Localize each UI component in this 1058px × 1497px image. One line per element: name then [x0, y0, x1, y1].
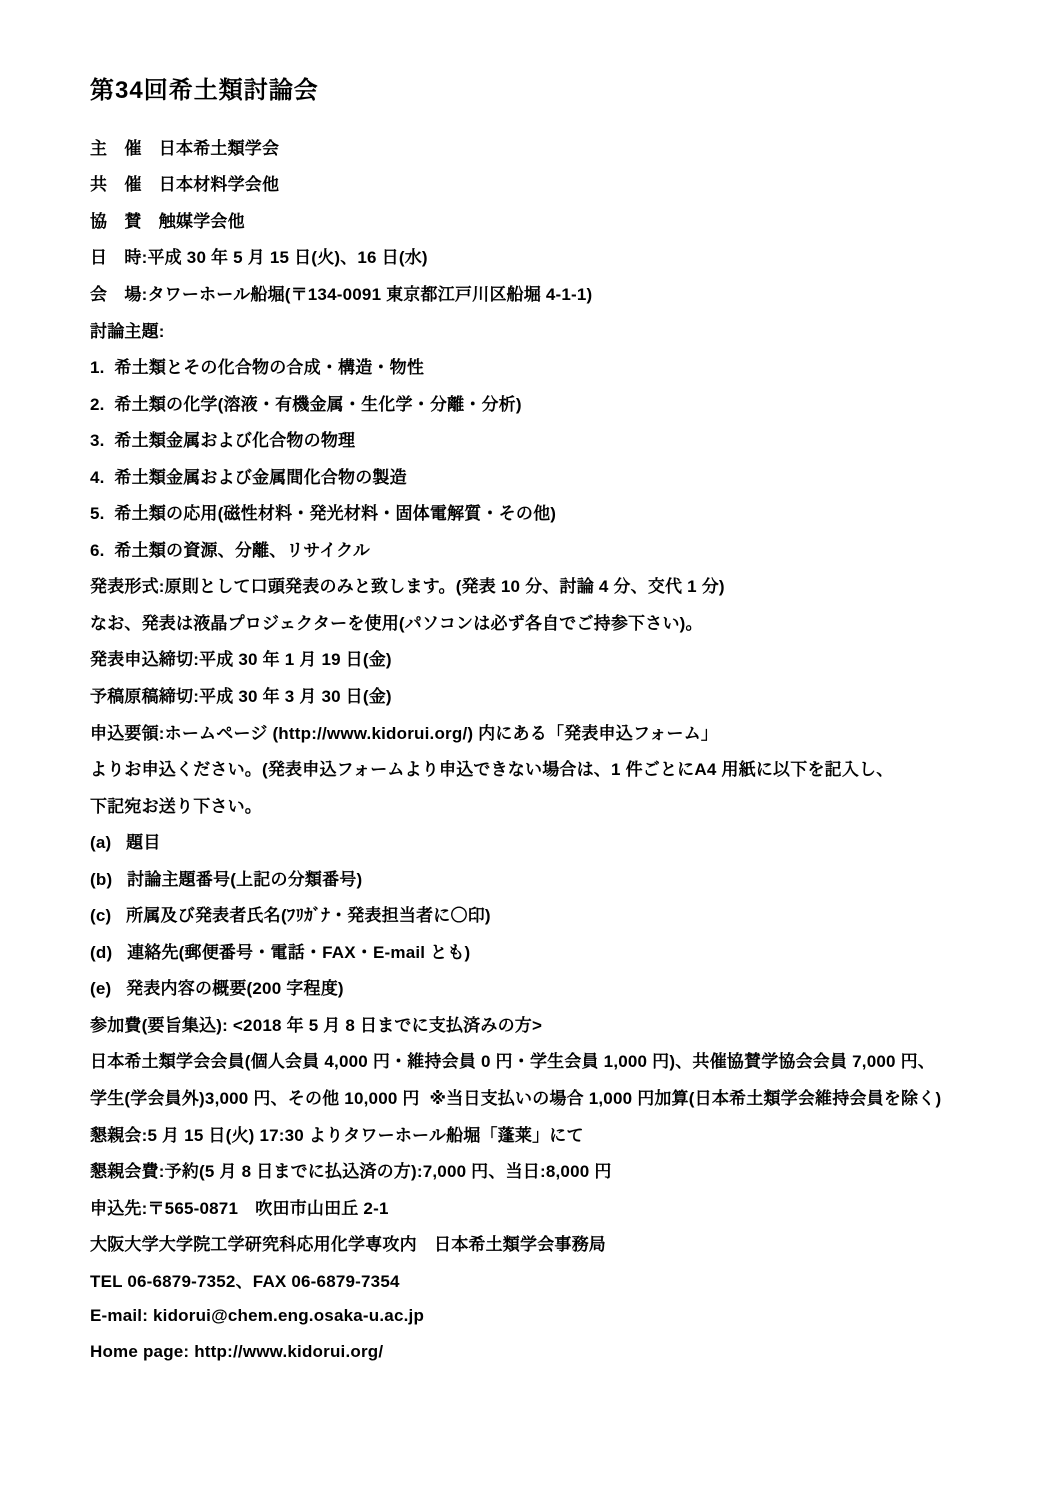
document-line: 発表形式:原則として口頭発表のみと致します。(発表 10 分、討論 4 分、交代…: [90, 567, 1034, 604]
document-line: 予稿原稿締切:平成 30 年 3 月 30 日(金): [90, 676, 1034, 713]
document-lines: 主 催 日本希土類学会共 催 日本材料学会他協 賛 触媒学会他日 時:平成 30…: [90, 128, 1034, 1371]
document-line: 4. 希土類金属および金属間化合物の製造: [90, 457, 1034, 494]
document-title: 第34回希土類討論会: [90, 76, 1034, 106]
document-line: 5. 希土類の応用(磁性材料・発光材料・固体電解質・その他): [90, 493, 1034, 530]
document-line: 主 催 日本希土類学会: [90, 128, 1034, 165]
document-line: 協 賛 触媒学会他: [90, 201, 1034, 238]
document-line: なお、発表は液晶プロジェクターを使用(パソコンは必ず各自でご持参下さい)。: [90, 603, 1034, 640]
document-line: 2. 希土類の化学(溶液・有機金属・生化学・分離・分析): [90, 384, 1034, 421]
document-line: 共 催 日本材料学会他: [90, 165, 1034, 202]
document-line: 大阪大学大学院工学研究科応用化学専攻内 日本希土類学会事務局: [90, 1224, 1034, 1261]
document-line: Home page: http://www.kidorui.org/: [90, 1334, 1034, 1371]
document-line: (b) 討論主題番号(上記の分類番号): [90, 859, 1034, 896]
document-line: 学生(学会員外)3,000 円、その他 10,000 円 ※当日支払いの場合 1…: [90, 1078, 1034, 1115]
document-line: 懇親会:5 月 15 日(火) 17:30 よりタワーホール船堀「蓬莱」にて: [90, 1115, 1034, 1152]
document-line: (e) 発表内容の概要(200 字程度): [90, 969, 1034, 1006]
document-line: 6. 希土類の資源、分離、リサイクル: [90, 530, 1034, 567]
document-line: 日 時:平成 30 年 5 月 15 日(火)、16 日(水): [90, 238, 1034, 275]
document-line: (a) 題目: [90, 822, 1034, 859]
document-line: よりお申込ください。(発表申込フォームより申込できない場合は、1 件ごとにA4 …: [90, 749, 1034, 786]
document-line: 討論主題:: [90, 311, 1034, 348]
document-line: 申込先:〒565-0871 吹田市山田丘 2-1: [90, 1188, 1034, 1225]
document-line: 発表申込締切:平成 30 年 1 月 19 日(金): [90, 640, 1034, 677]
document-line: TEL 06-6879-7352、FAX 06-6879-7354: [90, 1261, 1034, 1298]
document-line: E-mail: kidorui@chem.eng.osaka-u.ac.jp: [90, 1298, 1034, 1335]
document-line: 下記宛お送り下さい。: [90, 786, 1034, 823]
document-line: 3. 希土類金属および化合物の物理: [90, 420, 1034, 457]
document-line: (c) 所属及び発表者氏名(ﾌﾘｶﾞﾅ・発表担当者に〇印): [90, 895, 1034, 932]
document-line: 懇親会費:予約(5 月 8 日までに払込済の方):7,000 円、当日:8,00…: [90, 1151, 1034, 1188]
document-page: 第34回希土類討論会 主 催 日本希土類学会共 催 日本材料学会他協 賛 触媒学…: [0, 0, 1058, 1497]
document-line: 1. 希土類とその化合物の合成・構造・物性: [90, 347, 1034, 384]
document-line: 申込要領:ホームページ (http://www.kidorui.org/) 内に…: [90, 713, 1034, 750]
document-line: 日本希土類学会会員(個人会員 4,000 円・維持会員 0 円・学生会員 1,0…: [90, 1042, 1034, 1079]
document-line: 参加費(要旨集込): <2018 年 5 月 8 日までに支払済みの方>: [90, 1005, 1034, 1042]
document-line: (d) 連絡先(郵便番号・電話・FAX・E-mail とも): [90, 932, 1034, 969]
document-line: 会 場:タワーホール船堀(〒134-0091 東京都江戸川区船堀 4-1-1): [90, 274, 1034, 311]
